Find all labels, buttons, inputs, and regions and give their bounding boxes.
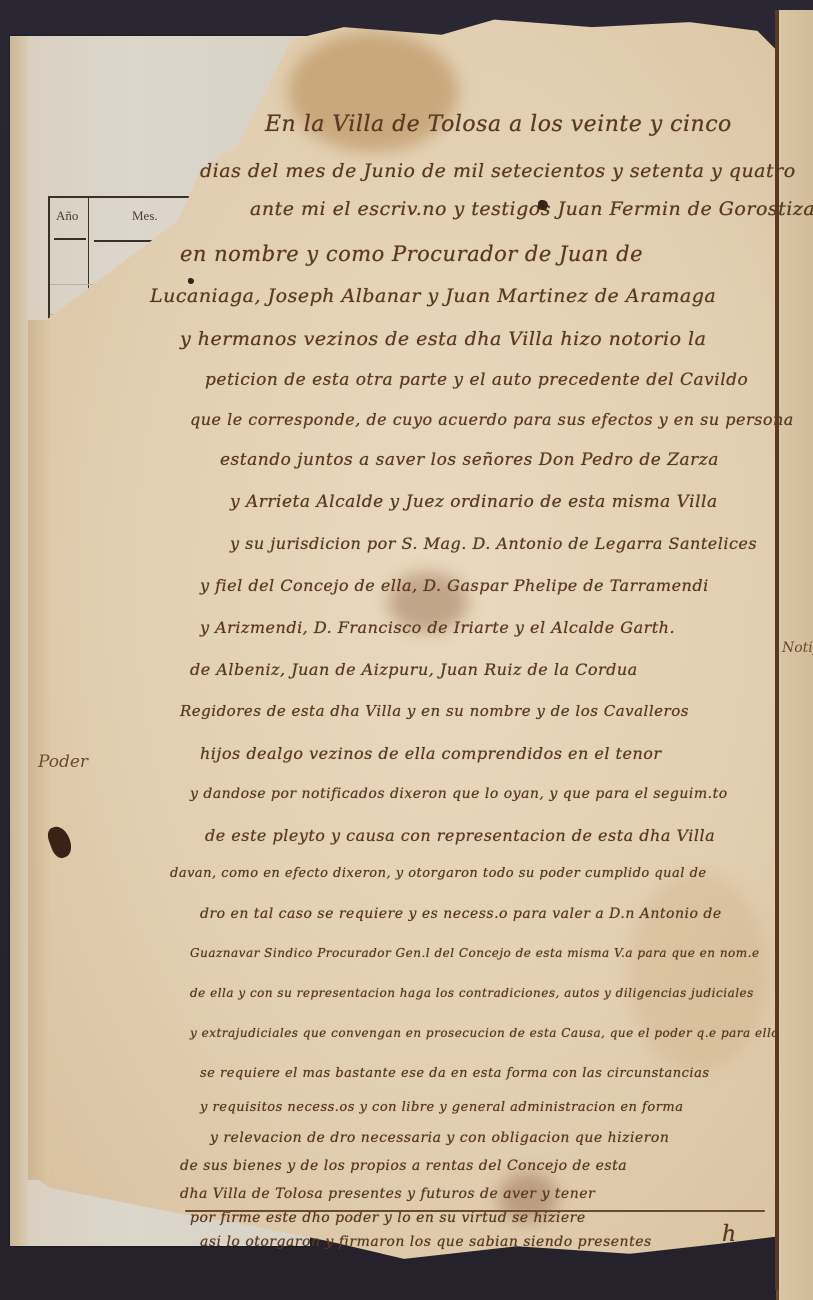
manuscript-line-11: y su jurisdicion por S. Mag. D. Antonio … [230, 534, 757, 553]
manuscript-line-4: en nombre y como Procurador de Juan de [180, 242, 643, 266]
foxing-stain [628, 872, 768, 1072]
manuscript-line-13: y Arizmendi, D. Francisco de Iriarte y e… [200, 618, 675, 637]
manuscript-line-25: y requisitos necess.os y con libre y gen… [200, 1100, 684, 1115]
binding-strip [28, 320, 50, 1180]
manuscript-line-15: Regidores de esta dha Villa y en su nomb… [180, 702, 689, 720]
manuscript-line-16: hijos dealgo vezinos de ella comprendido… [200, 744, 662, 763]
manuscript-line-18: de este pleyto y causa con representacio… [205, 826, 715, 845]
manuscript-line-27: de sus bienes y de los propios a rentas … [180, 1158, 627, 1174]
sheet-edge-strip [10, 36, 28, 1246]
manuscript-line-30: asi lo otorgaron y firmaron los que sabi… [200, 1234, 652, 1250]
manuscript-line-3: ante mi el escriv.no y testigos Juan Fer… [250, 198, 813, 220]
ink-blot [538, 200, 548, 210]
closing-rubric: h [722, 1222, 737, 1247]
manuscript-line-8: que le corresponde, de cuyo acuerdo para… [190, 410, 794, 429]
manuscript-line-9: estando juntos a saver los señores Don P… [220, 450, 719, 470]
manuscript-line-6: y hermanos vezinos de esta dha Villa hiz… [180, 328, 706, 350]
header-rule-year [54, 238, 86, 240]
column-header-year: Año [56, 208, 78, 224]
manuscript-line-7: peticion de esta otra parte y el auto pr… [205, 370, 748, 390]
manuscript-line-19: davan, como en efecto dixeron, y otorgar… [170, 866, 707, 881]
manuscript-line-14: de Albeniz, Juan de Aizpuru, Juan Ruiz d… [190, 660, 638, 679]
ink-blot [188, 278, 194, 284]
manuscript-line-21: Guaznavar Sindico Procurador Gen.l del C… [190, 946, 760, 960]
manuscript-line-2: dias del mes de Junio de mil setecientos… [200, 160, 796, 182]
manuscript-line-10: y Arrieta Alcalde y Juez ordinario de es… [230, 492, 718, 512]
manuscript-line-26: y relevacion de dro necessaria y con obl… [210, 1130, 669, 1146]
manuscript-line-28: dha Villa de Tolosa presentes y futuros … [180, 1186, 595, 1202]
closing-rule [185, 1210, 765, 1212]
manuscript-line-20: dro en tal caso se requiere y es necess.… [200, 906, 722, 922]
manuscript-line-5: Lucaniaga, Joseph Albanar y Juan Martine… [150, 285, 716, 307]
manuscript-line-24: se requiere el mas bastante ese da en es… [200, 1066, 710, 1081]
column-header-month: Mes. [132, 208, 158, 224]
manuscript-line-17: y dandose por notificados dixeron que lo… [190, 786, 728, 802]
margin-note-notif: Notif [782, 640, 813, 656]
margin-note-poder: Poder [38, 752, 88, 772]
manuscript-line-1: En la Villa de Tolosa a los veinte y cin… [265, 112, 732, 137]
manuscript-line-23: y extrajudiciales que convengan en prose… [190, 1026, 779, 1040]
manuscript-line-22: de ella y con su representacion haga los… [190, 986, 754, 1000]
manuscript-line-12: y fiel del Concejo de ella, D. Gaspar Ph… [200, 576, 709, 595]
